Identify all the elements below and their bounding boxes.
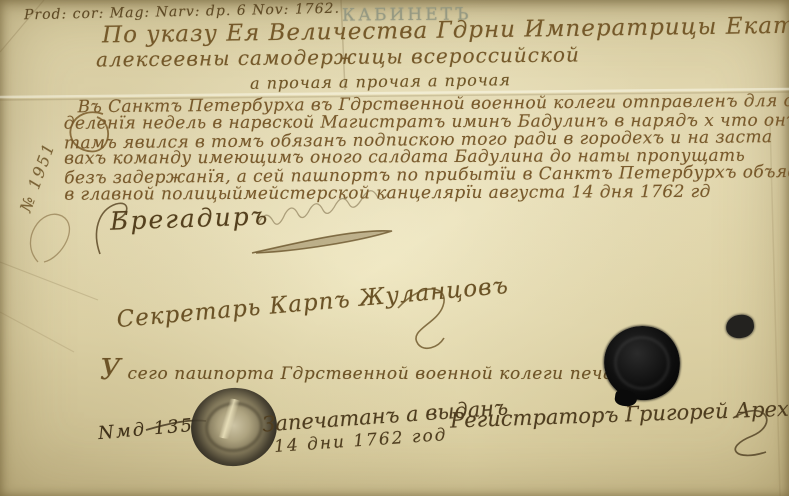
header-etc-line: а прочая а прочая а прочая — [250, 70, 511, 93]
ink-blot — [724, 313, 756, 341]
underline-flourish — [252, 231, 392, 253]
first-signature: Брегадиръ — [110, 201, 270, 236]
margin-registry-number: № 1951 — [16, 139, 59, 214]
document-number: Nмд 135 — [97, 415, 195, 444]
body-line: в главной полицыймейстерской канцелярïи … — [64, 183, 789, 204]
body-paragraph: Въ Санктъ Петербурха въ Гдрственной воен… — [64, 93, 789, 207]
manuscript-photo: Prod: cor: Mag: Narv: dp. 6 Nov: 1762. К… — [0, 0, 789, 496]
corner-crease-left-1 — [0, 262, 98, 300]
secretary-signature: Секретарь Карпъ Жуланцовъ — [116, 273, 510, 333]
margin-number-flourish — [30, 214, 69, 262]
corner-crease-left-2 — [0, 312, 74, 352]
seal-note-line: У сего пашпорта Гдрственной военной коле… — [100, 352, 640, 386]
header-line-2: алексеевны самодержицы всероссийской — [96, 42, 580, 71]
black-wax-seal — [599, 321, 685, 405]
